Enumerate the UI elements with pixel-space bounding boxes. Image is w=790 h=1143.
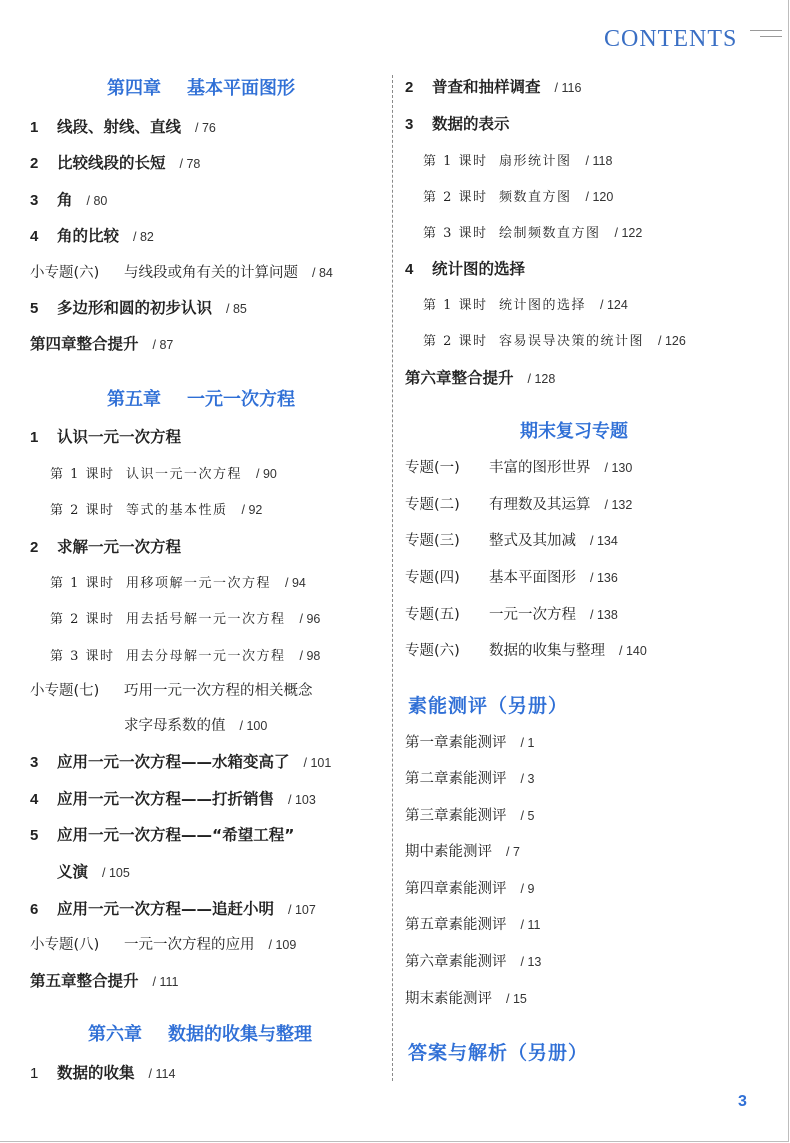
- page-ref: / 13: [521, 955, 542, 969]
- entry-title: 统计图的选择: [499, 294, 586, 313]
- toc-entry[interactable]: 3角/ 80: [30, 188, 107, 210]
- entry-title: 用移项解一元一次方程: [126, 572, 271, 591]
- toc-entry[interactable]: 5应用一元一次方程——“希望工程”: [30, 823, 294, 845]
- toc-assessment[interactable]: 第三章素能测评/ 5: [405, 804, 534, 825]
- topic-label: 专题(五): [405, 603, 489, 624]
- entry-title: 第三章素能测评: [405, 804, 507, 825]
- toc-lesson[interactable]: 第 2 课时等式的基本性质/ 92: [50, 499, 262, 518]
- toc-entry[interactable]: 1线段、射线、直线/ 76: [30, 115, 216, 137]
- entry-title: 角的比较: [57, 224, 119, 246]
- toc-topic-continued[interactable]: 求字母系数的值/ 100: [124, 714, 267, 735]
- section-title: 素能测评（另册）: [408, 691, 568, 718]
- page-ref: / 87: [153, 338, 174, 352]
- toc-entry[interactable]: 4应用一元一次方程——打折销售/ 103: [30, 787, 316, 809]
- page-ref: / 96: [300, 612, 321, 626]
- section-title: 答案与解析（另册）: [408, 1038, 588, 1065]
- page-ref: / 80: [87, 194, 108, 208]
- chapter-title: 数据的收集与整理: [168, 1020, 312, 1046]
- page-ref: / 9: [521, 882, 535, 896]
- toc-topic[interactable]: 专题(四)基本平面图形/ 136: [405, 566, 618, 587]
- topic-label: 专题(四): [405, 566, 489, 587]
- entry-title: 有理数及其运算: [489, 493, 591, 514]
- toc-topic[interactable]: 专题(五)一元一次方程/ 138: [405, 603, 618, 624]
- entry-number: 2: [30, 539, 57, 556]
- page-ref: / 5: [521, 809, 535, 823]
- page-ref: / 120: [586, 190, 614, 204]
- topic-label: 专题(二): [405, 493, 489, 514]
- toc-topic[interactable]: 小专题(七)巧用一元一次方程的相关概念: [30, 679, 313, 700]
- page-ref: / 114: [149, 1067, 176, 1081]
- assessment-heading[interactable]: 素能测评（另册）: [408, 691, 568, 718]
- entry-title: 比较线段的长短: [57, 151, 166, 173]
- toc-topic[interactable]: 专题(二)有理数及其运算/ 132: [405, 493, 632, 514]
- entry-title: 用去括号解一元一次方程: [126, 608, 286, 627]
- topic-label: 小专题(七): [30, 679, 124, 700]
- entry-title: 第二章素能测评: [405, 767, 507, 788]
- entry-title: 统计图的选择: [432, 257, 525, 279]
- toc-topic[interactable]: 专题(一)丰富的图形世界/ 130: [405, 456, 632, 477]
- toc-section[interactable]: 4统计图的选择: [405, 257, 525, 279]
- entry-title: 数据的收集: [57, 1061, 135, 1083]
- chapter-title: 基本平面图形: [187, 74, 295, 100]
- page-ref: / 136: [590, 571, 618, 585]
- toc-assessment[interactable]: 第二章素能测评/ 3: [405, 767, 534, 788]
- toc-lesson[interactable]: 第 1 课时扇形统计图/ 118: [423, 150, 612, 169]
- lesson-label: 第 1 课时: [50, 463, 126, 482]
- page-ref: / 109: [269, 938, 297, 952]
- entry-number: 1: [30, 429, 57, 446]
- entry-title: 第六章整合提升: [405, 366, 514, 388]
- chapter-number: 第四章: [107, 74, 161, 100]
- entry-title: 第一章素能测评: [405, 731, 507, 752]
- entry-number: 1: [30, 1065, 57, 1082]
- column-divider: [392, 75, 393, 1081]
- entry-title: 第六章素能测评: [405, 950, 507, 971]
- toc-entry[interactable]: 4角的比较/ 82: [30, 224, 154, 246]
- entry-title: 第五章素能测评: [405, 913, 507, 934]
- entry-number: 3: [405, 116, 432, 133]
- page-ref: / 85: [226, 302, 247, 316]
- topic-label: 专题(一): [405, 456, 489, 477]
- entry-title: 与线段或角有关的计算问题: [124, 261, 298, 282]
- page-ref: / 84: [312, 266, 333, 280]
- decorative-lines-icon: [750, 30, 782, 42]
- entry-title: 一元一次方程的应用: [124, 933, 255, 954]
- toc-topic[interactable]: 专题(三)整式及其加减/ 134: [405, 529, 618, 550]
- page-ref: / 82: [133, 230, 154, 244]
- toc-entry[interactable]: 6应用一元一次方程——追赶小明/ 107: [30, 897, 316, 919]
- page-ref: / 100: [240, 719, 268, 733]
- entry-title: 频数直方图: [499, 186, 572, 205]
- toc-entry[interactable]: 5多边形和圆的初步认识/ 85: [30, 296, 247, 318]
- toc-lesson[interactable]: 第 1 课时认识一元一次方程/ 90: [50, 463, 277, 482]
- entry-number: 6: [30, 901, 57, 918]
- entry-title: 应用一元一次方程——追赶小明: [57, 897, 274, 919]
- toc-topic[interactable]: 专题(六)数据的收集与整理/ 140: [405, 639, 647, 660]
- page-ref: / 118: [586, 154, 613, 168]
- lesson-label: 第 1 课时: [423, 150, 499, 169]
- page-ref: / 111: [153, 975, 179, 989]
- toc-assessment[interactable]: 期末素能测评/ 15: [405, 987, 527, 1008]
- final-review-heading[interactable]: 期末复习专题: [520, 417, 628, 443]
- entry-title: 应用一元一次方程——水箱变高了: [57, 750, 290, 772]
- page-ref: / 128: [528, 372, 556, 386]
- toc-lesson[interactable]: 第 2 课时容易误导决策的统计图/ 126: [423, 330, 686, 349]
- toc-lesson[interactable]: 第 2 课时频数直方图/ 120: [423, 186, 613, 205]
- entry-title: 认识一元一次方程: [126, 463, 242, 482]
- entry-number: 4: [30, 791, 57, 808]
- entry-title: 角: [57, 188, 73, 210]
- page-ref: / 78: [180, 157, 201, 171]
- toc-chapter-review[interactable]: 第五章整合提升/ 111: [30, 969, 178, 991]
- lesson-label: 第 2 课时: [423, 330, 499, 349]
- toc-lesson[interactable]: 第 3 课时用去分母解一元一次方程/ 98: [50, 645, 320, 664]
- page-ref: / 105: [102, 866, 130, 880]
- entry-number: 4: [405, 261, 432, 278]
- toc-lesson[interactable]: 第 1 课时用移项解一元一次方程/ 94: [50, 572, 306, 591]
- entry-title: 数据的收集与整理: [489, 639, 605, 660]
- entry-title: 多边形和圆的初步认识: [57, 296, 212, 318]
- page-ref: / 132: [605, 498, 633, 512]
- entry-title: 扇形统计图: [499, 150, 572, 169]
- page-ref: / 122: [615, 226, 643, 240]
- lesson-label: 第 2 课时: [50, 499, 126, 518]
- entry-number: 3: [30, 192, 57, 209]
- lesson-label: 第 2 课时: [50, 608, 126, 627]
- lesson-label: 第 3 课时: [50, 645, 126, 664]
- answers-heading[interactable]: 答案与解析（另册）: [408, 1038, 588, 1065]
- entry-title: 求解一元一次方程: [57, 535, 181, 557]
- entry-title: 第五章整合提升: [30, 969, 139, 991]
- topic-label: 专题(三): [405, 529, 489, 550]
- entry-title: 求字母系数的值: [124, 714, 226, 735]
- lesson-label: 第 1 课时: [50, 572, 126, 591]
- entry-title: 期中素能测评: [405, 840, 492, 861]
- entry-title: 用去分母解一元一次方程: [126, 645, 286, 664]
- page-ref: / 3: [521, 772, 535, 786]
- entry-number: 5: [30, 827, 57, 844]
- section-title: 期末复习专题: [520, 417, 628, 443]
- chapter-heading-5[interactable]: 第五章一元一次方程: [107, 385, 295, 411]
- toc-assessment[interactable]: 第四章素能测评/ 9: [405, 877, 534, 898]
- toc-assessment[interactable]: 期中素能测评/ 7: [405, 840, 520, 861]
- entry-title: 应用一元一次方程——“希望工程”: [57, 823, 294, 845]
- page-ref: / 94: [285, 576, 306, 590]
- page-ref: / 98: [300, 649, 321, 663]
- entry-title: 第四章整合提升: [30, 332, 139, 354]
- page-ref: / 90: [256, 467, 277, 481]
- chapter-heading-6[interactable]: 第六章数据的收集与整理: [88, 1020, 312, 1046]
- toc-assessment[interactable]: 第一章素能测评/ 1: [405, 731, 534, 752]
- toc-entry[interactable]: 1数据的收集/ 114: [30, 1061, 175, 1083]
- toc-entry[interactable]: 2普查和抽样调查/ 116: [405, 75, 581, 97]
- entry-title: 容易误导决策的统计图: [499, 330, 644, 349]
- toc-chapter-review[interactable]: 第四章整合提升/ 87: [30, 332, 173, 354]
- entry-title: 绘制频数直方图: [499, 222, 601, 241]
- entry-title: 义演: [57, 860, 88, 882]
- entry-title: 线段、射线、直线: [57, 115, 181, 137]
- entry-title: 期末素能测评: [405, 987, 492, 1008]
- toc-section[interactable]: 3数据的表示: [405, 112, 510, 134]
- page-ref: / 15: [506, 992, 527, 1006]
- entry-title: 巧用一元一次方程的相关概念: [124, 679, 313, 700]
- page-number: 3: [738, 1093, 747, 1111]
- chapter-title: 一元一次方程: [187, 385, 295, 411]
- page-ref: / 130: [605, 461, 633, 475]
- entry-title: 第四章素能测评: [405, 877, 507, 898]
- toc-topic[interactable]: 小专题(六)与线段或角有关的计算问题/ 84: [30, 261, 333, 282]
- toc-lesson[interactable]: 第 1 课时统计图的选择/ 124: [423, 294, 628, 313]
- page-ref: / 1: [521, 736, 535, 750]
- lesson-label: 第 3 课时: [423, 222, 499, 241]
- page-ref: / 7: [506, 845, 520, 859]
- topic-label: 小专题(八): [30, 933, 124, 954]
- toc-assessment[interactable]: 第五章素能测评/ 11: [405, 913, 540, 934]
- toc-entry-continued[interactable]: 义演/ 105: [30, 860, 130, 882]
- toc-lesson[interactable]: 第 2 课时用去括号解一元一次方程/ 96: [50, 608, 320, 627]
- page-ref: / 92: [242, 503, 263, 517]
- entry-number: 1: [30, 119, 57, 136]
- toc-entry[interactable]: 3应用一元一次方程——水箱变高了/ 101: [30, 750, 331, 772]
- toc-topic[interactable]: 小专题(八)一元一次方程的应用/ 109: [30, 933, 296, 954]
- page-ref: / 76: [195, 121, 216, 135]
- page-ref: / 140: [619, 644, 647, 658]
- topic-label: 小专题(六): [30, 261, 124, 282]
- entry-number: 2: [30, 155, 57, 172]
- entry-title: 一元一次方程: [489, 603, 576, 624]
- entry-title: 应用一元一次方程——打折销售: [57, 787, 274, 809]
- toc-assessment[interactable]: 第六章素能测评/ 13: [405, 950, 541, 971]
- page-ref: / 11: [521, 918, 541, 932]
- page-ref: / 107: [288, 903, 316, 917]
- entry-title: 整式及其加减: [489, 529, 576, 550]
- toc-section[interactable]: 1认识一元一次方程: [30, 425, 181, 447]
- entry-title: 等式的基本性质: [126, 499, 228, 518]
- toc-chapter-review[interactable]: 第六章整合提升/ 128: [405, 366, 555, 388]
- entry-number: 4: [30, 228, 57, 245]
- page-ref: / 124: [600, 298, 628, 312]
- lesson-label: 第 1 课时: [423, 294, 499, 313]
- chapter-number: 第六章: [88, 1020, 142, 1046]
- page-ref: / 134: [590, 534, 618, 548]
- lesson-label: 第 2 课时: [423, 186, 499, 205]
- page-ref: / 116: [555, 81, 582, 95]
- contents-title: CONTENTS: [604, 26, 737, 53]
- toc-lesson[interactable]: 第 3 课时绘制频数直方图/ 122: [423, 222, 642, 241]
- entry-title: 数据的表示: [432, 112, 510, 134]
- page-ref: / 138: [590, 608, 618, 622]
- entry-number: 3: [30, 754, 57, 771]
- topic-label: 专题(六): [405, 639, 489, 660]
- toc-section[interactable]: 2求解一元一次方程: [30, 535, 181, 557]
- page-ref: / 126: [658, 334, 686, 348]
- chapter-number: 第五章: [107, 385, 161, 411]
- entry-number: 2: [405, 79, 432, 96]
- entry-number: 5: [30, 300, 57, 317]
- entry-title: 普查和抽样调查: [432, 75, 541, 97]
- toc-entry[interactable]: 2比较线段的长短/ 78: [30, 151, 200, 173]
- chapter-heading-4[interactable]: 第四章基本平面图形: [107, 74, 295, 100]
- entry-title: 基本平面图形: [489, 566, 576, 587]
- entry-title: 认识一元一次方程: [57, 425, 181, 447]
- entry-title: 丰富的图形世界: [489, 456, 591, 477]
- page-ref: / 101: [304, 756, 332, 770]
- page-ref: / 103: [288, 793, 316, 807]
